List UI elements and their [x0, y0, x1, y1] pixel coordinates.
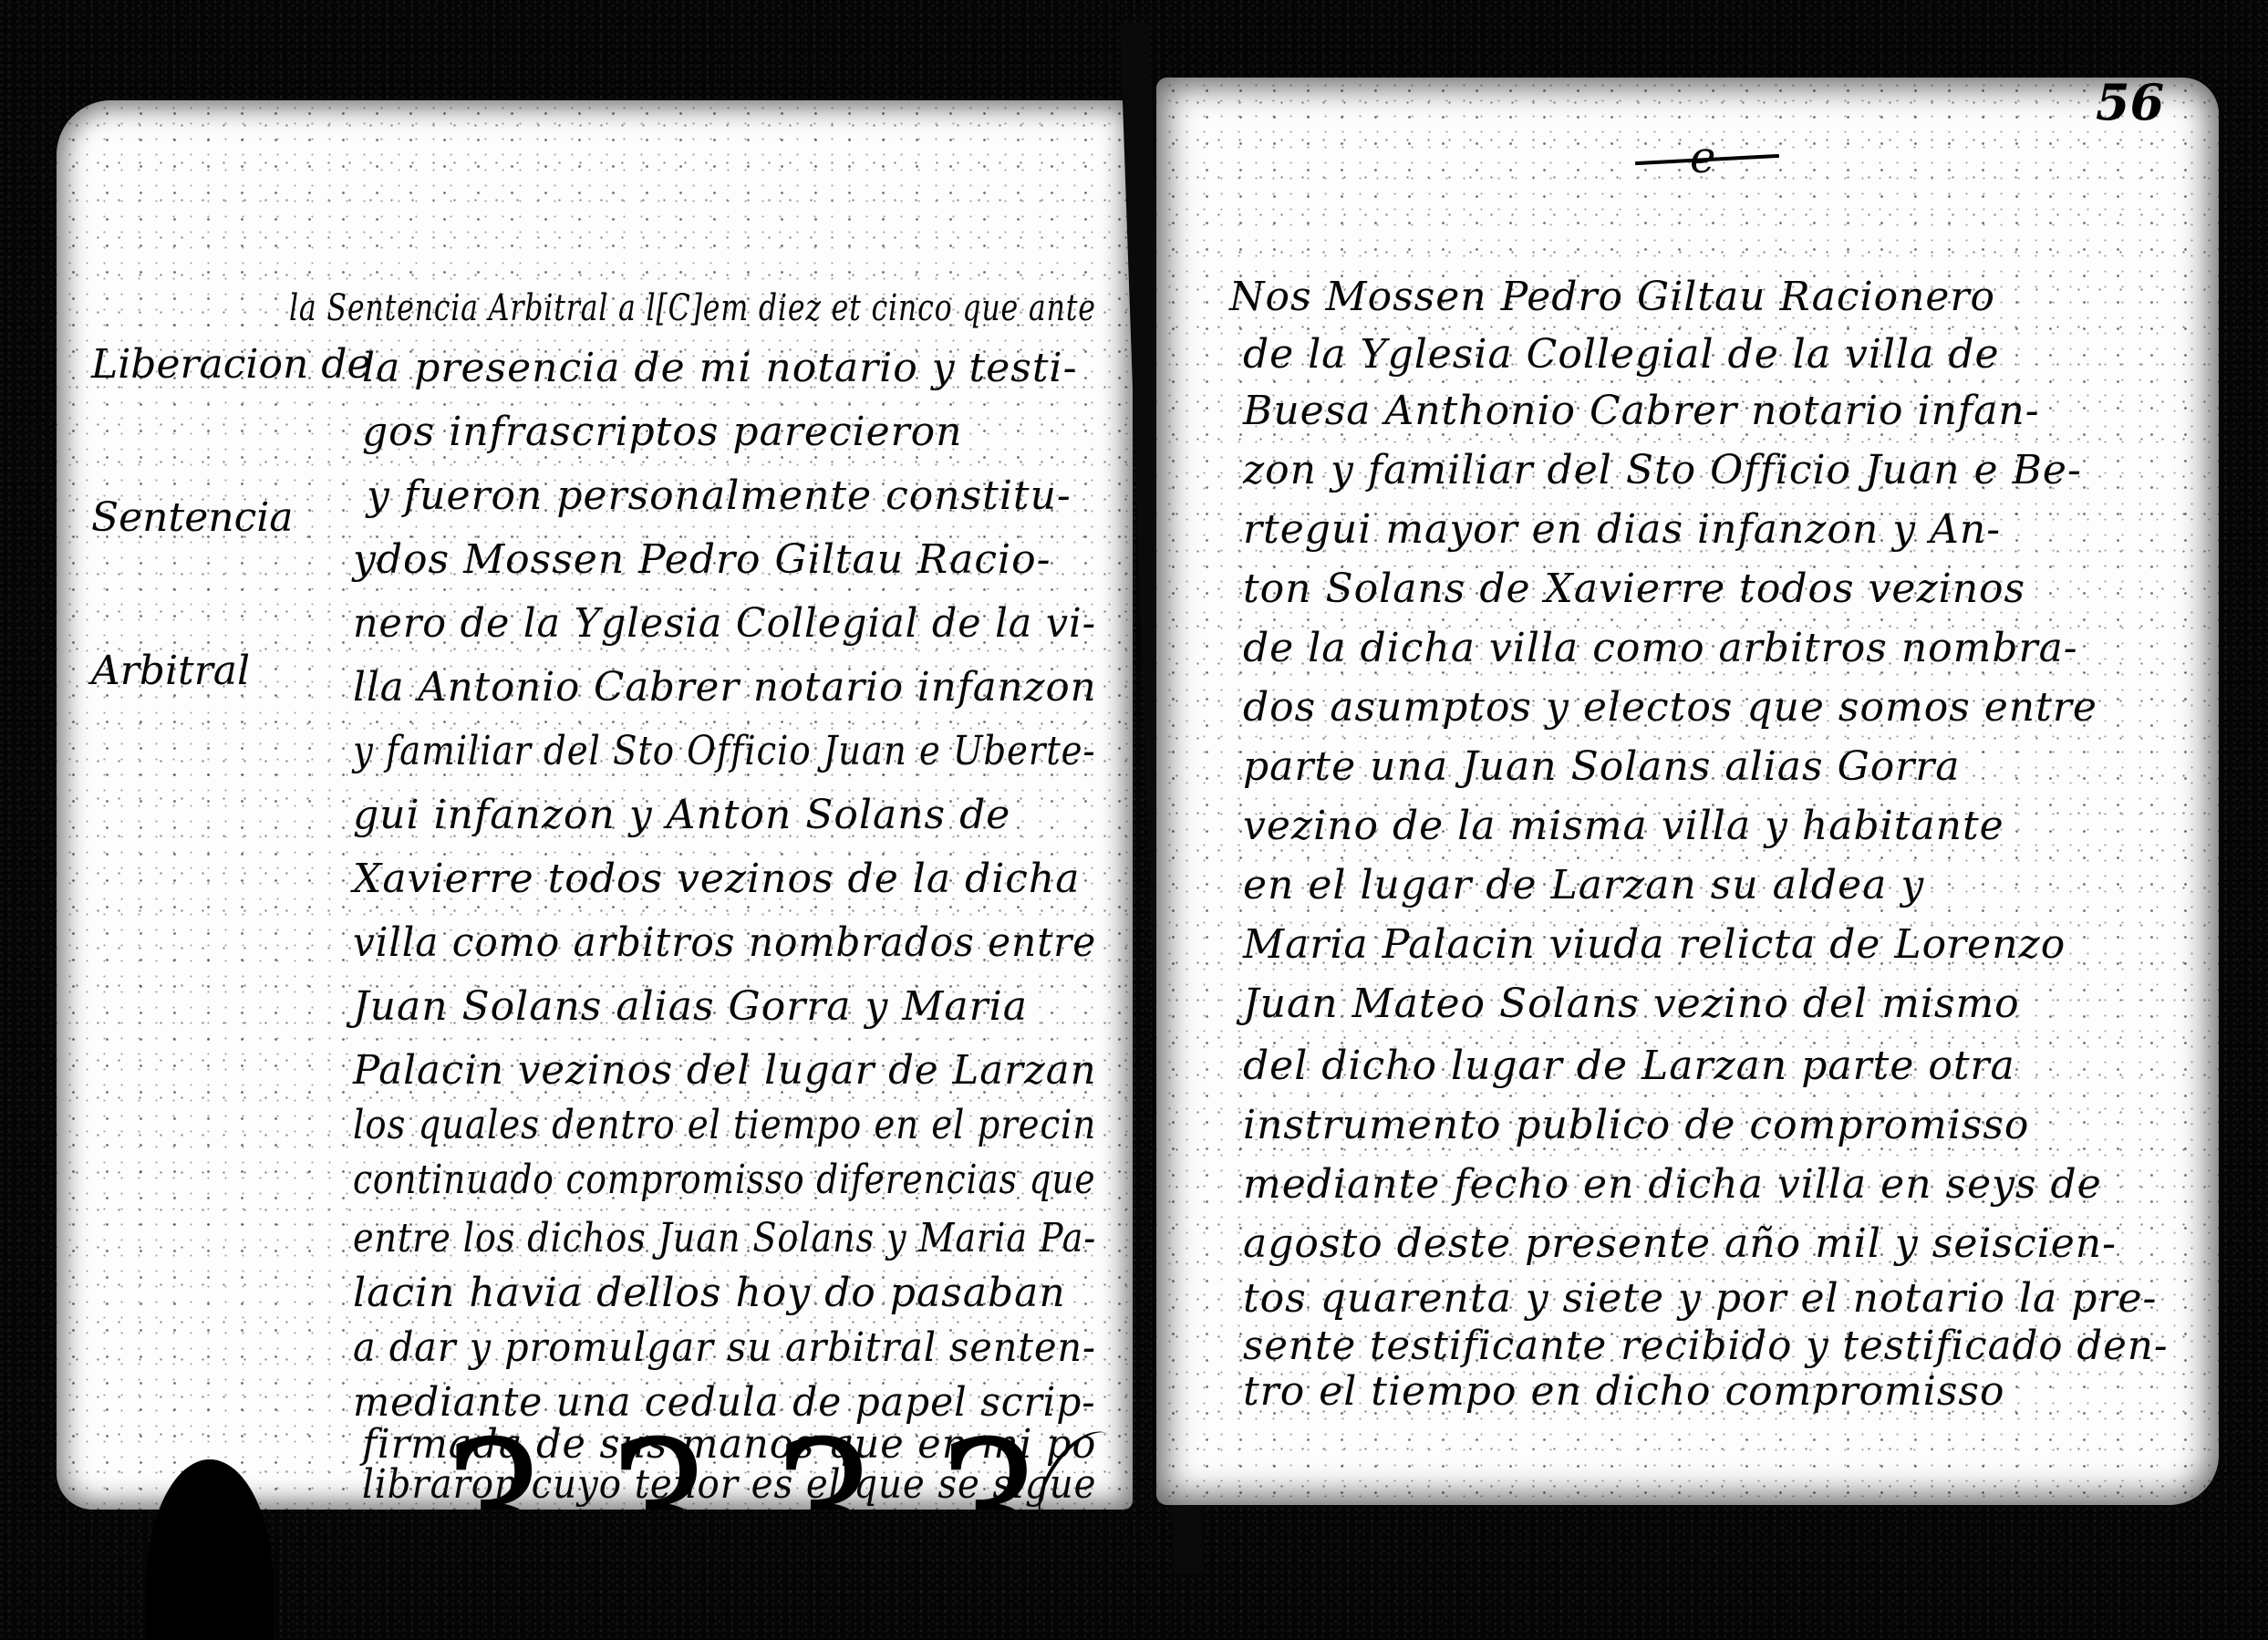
manuscript-line: del dicho lugar de Larzan parte otra — [1243, 1043, 2015, 1089]
manuscript-line: Xavierre todos vezinos de la dicha — [353, 856, 1081, 902]
manuscript-line: tro el tiempo en dicho compromisso — [1243, 1368, 2005, 1415]
manuscript-line: de la dicha villa como arbitros nombra- — [1243, 625, 2078, 671]
manuscript-line: Buesa Anthonio Cabrer notario infan- — [1243, 388, 2040, 434]
manuscript-line: tos quarenta y siete y por el notario la… — [1243, 1275, 2157, 1322]
catchword: e — [1690, 132, 1715, 183]
manuscript-line: lla Antonio Cabrer notario infanzon — [353, 664, 1097, 711]
manuscript-line: mediante fecho en dicha villa en seys de — [1243, 1161, 2102, 1208]
manuscript-line: nero de la Yglesia Collegial de la vi- — [353, 600, 1096, 647]
manuscript-line: la Sentencia Arbitral a l[C]em diez et c… — [289, 287, 1096, 329]
manuscript-line: continuado compromisso diferencias que — [353, 1157, 1095, 1203]
right-folio-page: 56 e Nos Mossen Pedro Giltau Racionero d… — [1156, 78, 2219, 1505]
left-folio-page: Liberacion de Sentencia Arbitral la Sent… — [57, 100, 1133, 1510]
manuscript-line: y familiar del Sto Officio Juan e Uberte… — [353, 728, 1095, 774]
manuscript-line: Nos Mossen Pedro Giltau Racionero — [1229, 274, 1995, 320]
manuscript-line: dos asumptos y electos que somos entre — [1243, 684, 2097, 731]
manuscript-line: de la Yglesia Collegial de la villa de — [1243, 331, 2000, 378]
manuscript-line: zon y familiar del Sto Officio Juan e Be… — [1243, 447, 2082, 493]
manuscript-line: a dar y promulgar su arbitral senten- — [353, 1324, 1096, 1371]
manuscript-line: y fueron personalmente constitu- — [367, 472, 1072, 519]
folio-number: 56 — [2096, 78, 2164, 131]
manuscript-line: lacin havia dellos hoy do pasaban — [353, 1270, 1066, 1316]
numeral-marks: 3333 — [440, 1398, 1100, 1510]
manuscript-line: ydos Mossen Pedro Giltau Racio- — [353, 536, 1051, 583]
manuscript-line: Juan Mateo Solans vezino del mismo — [1243, 981, 2020, 1027]
manuscript-line: gui infanzon y Anton Solans de — [353, 792, 1010, 838]
manuscript-line: gos infrascriptos parecieron — [362, 409, 963, 455]
manuscript-line: Maria Palacin viuda relicta de Lorenzo — [1243, 921, 2066, 968]
manuscript-line: entre los dichos Juan Solans y Maria Pa- — [353, 1215, 1096, 1261]
manuscript-line: rtegui mayor en dias infanzon y An- — [1243, 506, 2001, 553]
manuscript-line: los quales dentro el tiempo en el precin — [353, 1102, 1096, 1148]
margin-note-line: Liberacion de — [91, 339, 371, 390]
manuscript-line: en el lugar de Larzan su aldea y — [1243, 862, 1924, 908]
manuscript-line: ton Solans de Xavierre todos vezinos — [1243, 566, 2025, 612]
manuscript-line: villa como arbitros nombrados entre — [353, 919, 1096, 966]
margin-note-line: Sentencia — [91, 493, 371, 544]
manuscript-line: sente testificante recibido y testificad… — [1243, 1323, 2169, 1369]
manuscript-line: vezino de la misma villa y habitante — [1243, 803, 2004, 849]
manuscript-line: agosto deste presente año mil y seiscien… — [1243, 1220, 2117, 1267]
manuscript-line: la presencia de mi notario y testi- — [362, 345, 1077, 391]
manuscript-line: parte una Juan Solans alias Gorra — [1243, 743, 1961, 790]
manuscript-line: instrumento publico de compromisso — [1243, 1102, 2029, 1148]
manuscript-line: Palacin vezinos del lugar de Larzan — [353, 1047, 1097, 1094]
manuscript-line: Juan Solans alias Gorra y Maria — [353, 983, 1028, 1030]
margin-note-line: Arbitral — [91, 646, 371, 697]
